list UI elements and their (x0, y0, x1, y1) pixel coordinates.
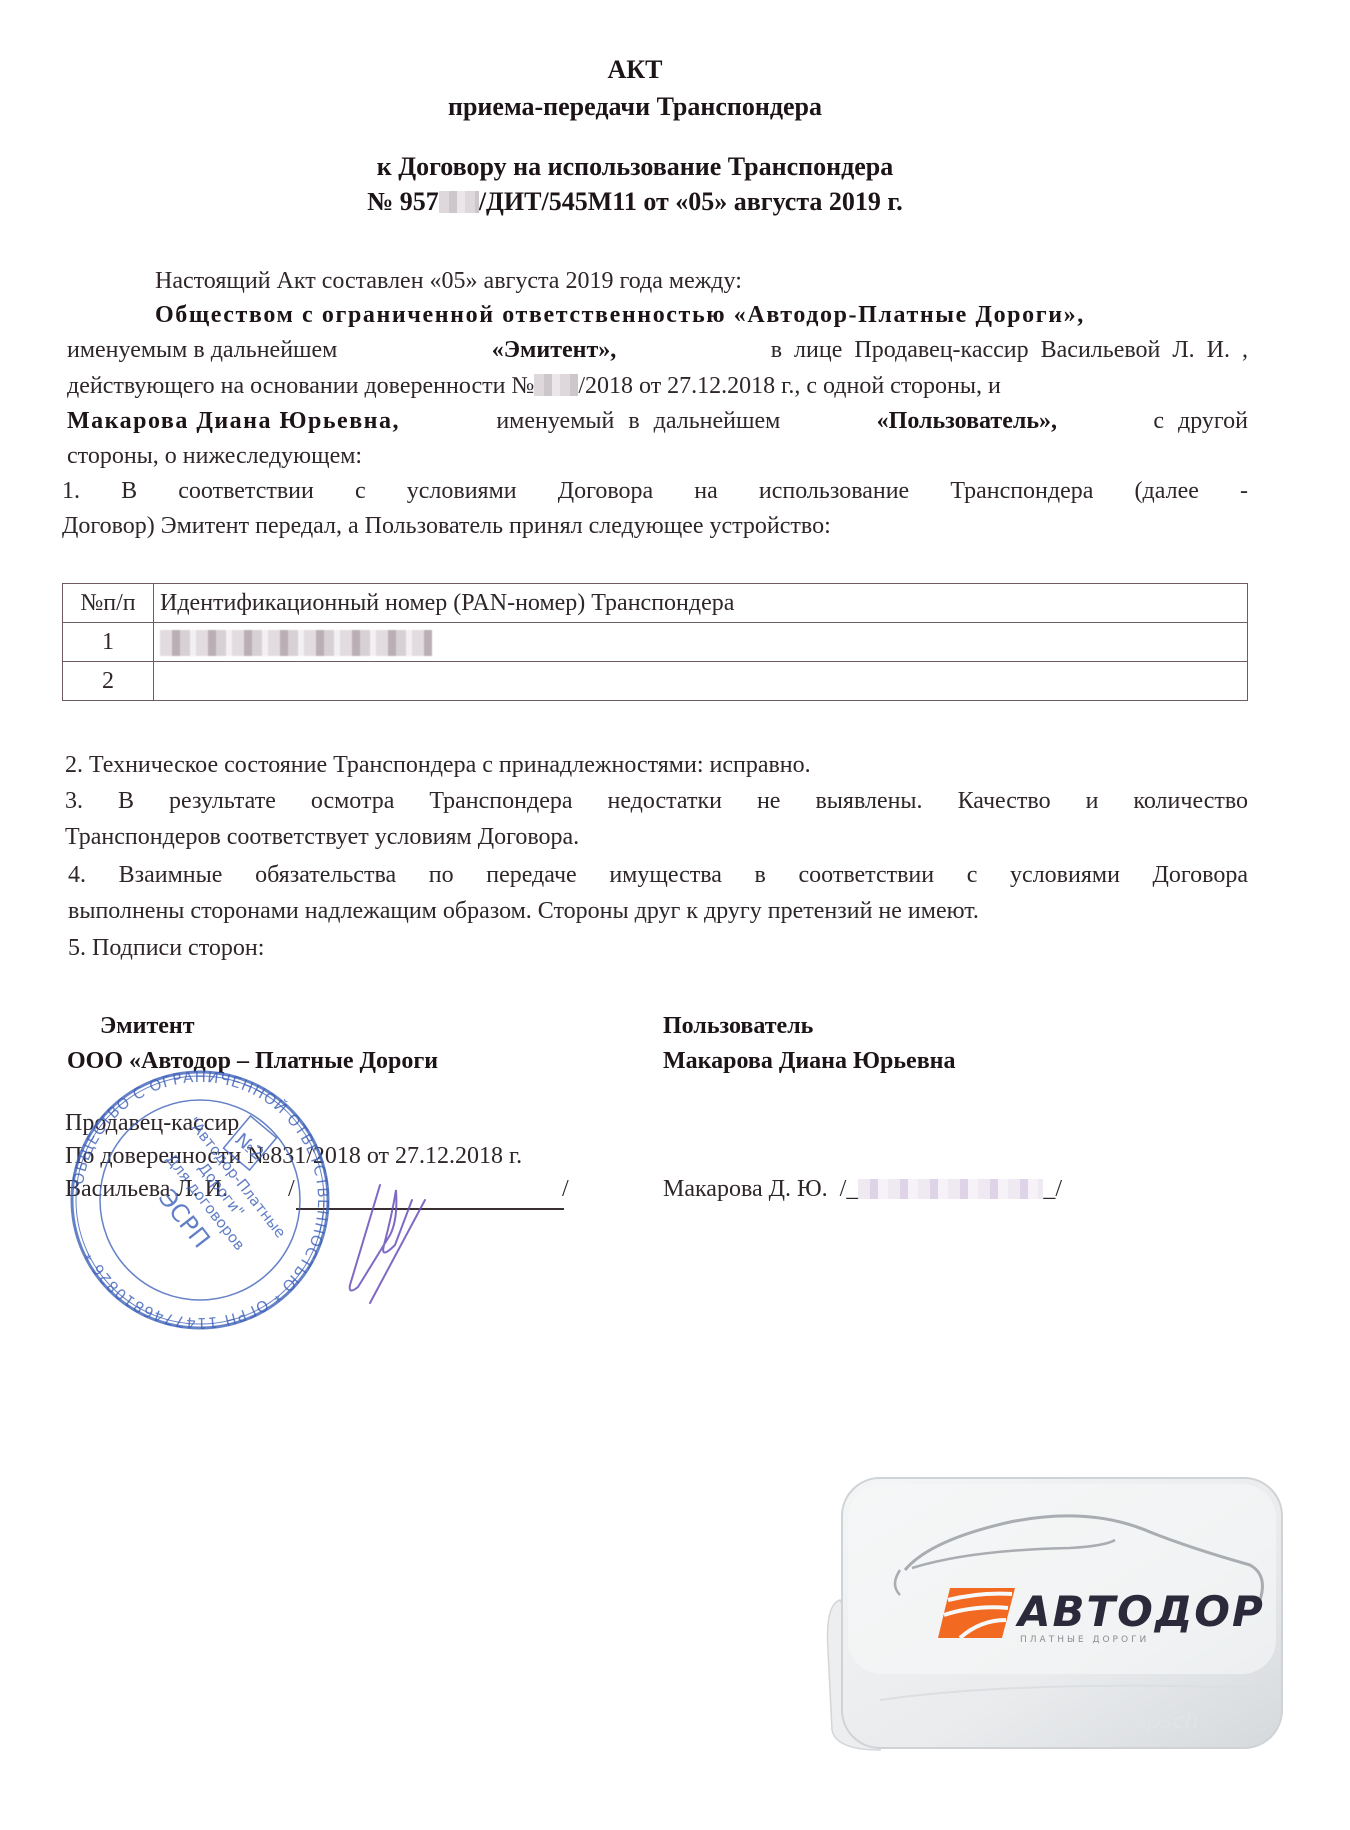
contract-number-suffix: /ДИТ/545М11 от «05» августа 2019 г. (479, 187, 903, 216)
transponder-device-image: АВТОДОР ПЛАТНЫЕ ДОРОГИ Kapsch (820, 1470, 1300, 1790)
clause-3-line-1: 3. В результате осмотра Транспондера нед… (65, 788, 1248, 815)
table-row: 1 (63, 623, 1248, 662)
pan-cell (154, 623, 1248, 662)
text: с другой (1153, 408, 1248, 435)
contract-number: № 957/ДИТ/545М11 от «05» августа 2019 г. (0, 187, 1270, 217)
clause-4-line-2: выполнены сторонами надлежащим образом. … (68, 898, 979, 925)
intro-line-3: именуемым в дальнейшем «Эмитент», в лице… (67, 337, 1248, 364)
company-stamp-icon: ОБЩЕСТВО С ОГРАНИЧЕННОЙ ОТВЕТСТВЕННОСТЬЮ… (55, 1070, 345, 1330)
transponder-table: №п/п Идентификационный номер (PAN-номер)… (62, 583, 1248, 701)
doc-subtitle: приема-передачи Транспондера (0, 92, 1270, 122)
slash: /_ (840, 1176, 859, 1202)
document-page: АКТ приема-передачи Транспондера к Догов… (0, 0, 1350, 1830)
brand-name: АВТОДОР (1015, 1587, 1265, 1636)
table-row: 2 (63, 662, 1248, 701)
clause-1-line-2: Договор) Эмитент передал, а Пользователь… (62, 513, 831, 540)
table-header-row: №п/п Идентификационный номер (PAN-номер)… (63, 584, 1248, 623)
clause-3-line-2: Транспондеров соответствует условиям Дог… (65, 824, 579, 851)
text: действующего на основании доверенности № (67, 373, 534, 399)
redacted-signature (858, 1179, 1043, 1199)
intro-line-4: действующего на основании доверенности №… (67, 373, 1001, 400)
clause-4-line-1: 4. Взаимные обязательства по передаче им… (68, 862, 1248, 889)
intro-line-1: Настоящий Акт составлен «05» августа 201… (155, 268, 742, 295)
row-number: 2 (63, 662, 154, 701)
issuer-label: «Эмитент», (492, 337, 617, 364)
intro-line-5: Макарова Диана Юрьевна, именуемый в даль… (67, 408, 1248, 435)
user-short-name: Макарова Д. Ю. /__/ (663, 1176, 1062, 1203)
clause-2: 2. Техническое состояние Транспондера с … (65, 752, 811, 779)
text: в лице Продавец-кассир Васильевой Л. И. … (771, 337, 1248, 364)
contract-number-prefix: № 957 (367, 187, 439, 216)
intro-line-6: стороны, о нижеследующем: (67, 443, 362, 470)
col-header-number: №п/п (63, 584, 154, 623)
doc-title: АКТ (0, 55, 1270, 85)
intro-issuer-org: Обществом с ограниченной ответственность… (155, 302, 1248, 329)
pan-cell (154, 662, 1248, 701)
slash: / (562, 1176, 569, 1203)
text: Макарова Д. Ю. (663, 1176, 828, 1202)
redacted-block (439, 191, 479, 213)
clause-1-line-1: 1. В соответствии с условиями Договора н… (62, 478, 1248, 505)
user-name: Макарова Диана Юрьевна, (67, 408, 400, 435)
brand-tagline: ПЛАТНЫЕ ДОРОГИ (1020, 1635, 1149, 1645)
handwritten-signature-icon (340, 1175, 460, 1305)
row-number: 1 (63, 623, 154, 662)
text: именуемый в дальнейшем (496, 408, 780, 435)
text: /2018 от 27.12.2018 г., с одной стороны,… (578, 373, 1000, 399)
text: именуемым в дальнейшем (67, 337, 337, 364)
clause-5: 5. Подписи сторон: (68, 935, 264, 962)
redacted-pan (160, 630, 432, 656)
user-full-name: Макарова Диана Юрьевна (663, 1048, 956, 1075)
slash: _/ (1043, 1176, 1062, 1202)
redacted-block (534, 374, 578, 396)
contract-reference: к Договору на использование Транспондера (0, 152, 1270, 182)
user-label: «Пользователь», (877, 408, 1057, 435)
col-header-pan: Идентификационный номер (PAN-номер) Тран… (154, 584, 1248, 623)
user-role: Пользователь (663, 1013, 813, 1040)
issuer-role: Эмитент (100, 1013, 195, 1040)
embossed-maker: Kapsch (1120, 1709, 1199, 1734)
